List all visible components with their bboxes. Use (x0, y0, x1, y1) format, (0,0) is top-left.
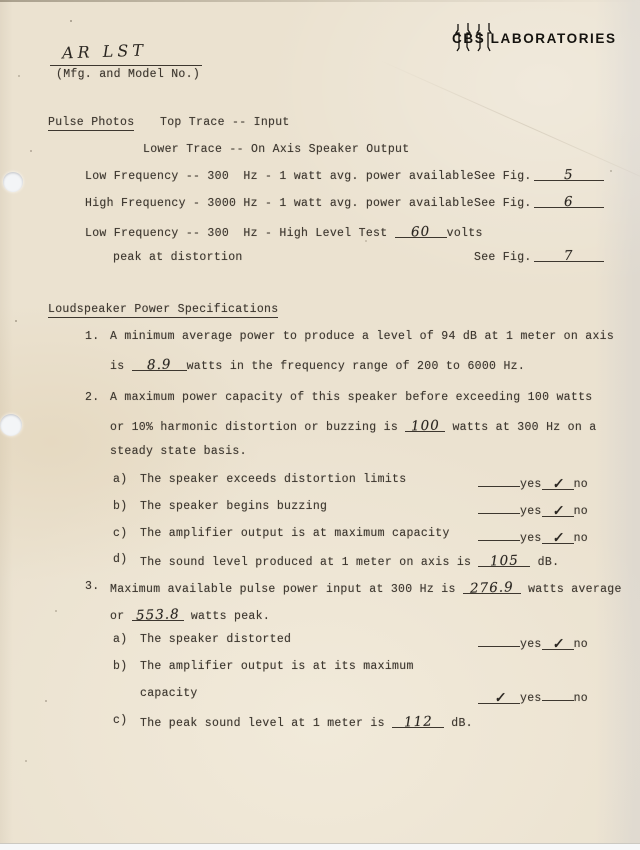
max-watts-field: 100 (405, 418, 445, 432)
checkmark: ✓ (552, 636, 564, 652)
item3c-pre: The peak sound level at 1 meter is (140, 717, 385, 730)
peak-spl-value: 112 (403, 714, 432, 731)
item2a-label: a) (113, 473, 127, 486)
max-watts-value: 100 (411, 418, 440, 435)
yes-label: yes (520, 692, 542, 705)
no-blank: ✓ (542, 476, 574, 490)
no-label: no (574, 532, 588, 545)
yes-blank (478, 633, 520, 647)
see-fig-label: See Fig. (474, 197, 532, 210)
peak-watts-field: 553.8 (132, 607, 184, 621)
item2-line2: or 10% harmonic distortion or buzzing is… (110, 418, 596, 434)
item3-line2: or 553.8 watts peak. (110, 607, 270, 623)
item2-line3: steady state basis. (110, 445, 247, 458)
volts-value: 60 (411, 224, 431, 241)
item2b-yesno: yes✓no (478, 500, 588, 518)
see-fig-label: See Fig. (474, 170, 532, 183)
yes-label: yes (520, 505, 542, 518)
item3-post: watts average (528, 583, 622, 596)
fig-number-field: 5 (534, 167, 604, 181)
model-number-handwritten: AR LST (62, 41, 148, 63)
model-underline (50, 65, 202, 66)
low-freq-line: Low Frequency -- 300 Hz - 1 watt avg. po… (85, 170, 474, 183)
hole-punch (0, 414, 22, 436)
fig-number-field: 6 (534, 194, 604, 208)
min-watts-value: 8.9 (147, 357, 172, 374)
item3-pre: Maximum available pulse power input at 3… (110, 583, 456, 596)
cbs-laboratories-logo: CBS LABORATORIES (452, 30, 617, 48)
item3-number: 3. (85, 580, 99, 593)
no-label: no (574, 692, 588, 705)
item3b-text-line1: The amplifier output is at its maximum (140, 660, 414, 673)
no-label: no (574, 638, 588, 651)
no-blank: ✓ (542, 503, 574, 517)
item2-pre: or 10% harmonic distortion or buzzing is (110, 421, 398, 434)
no-blank: ✓ (542, 530, 574, 544)
checkmark: ✓ (493, 690, 505, 706)
item3-line1: Maximum available pulse power input at 3… (110, 580, 622, 596)
yes-blank (478, 500, 520, 514)
item3b-yesno: ✓yesno (478, 687, 588, 705)
volts-field: 60 (395, 224, 447, 238)
yes-blank (478, 473, 520, 487)
item3c-post: dB. (451, 717, 473, 730)
yes-blank: ✓ (478, 690, 520, 704)
high-level-test-line: Low Frequency -- 300 Hz - High Level Tes… (85, 224, 483, 240)
item2b-label: b) (113, 500, 127, 513)
checkmark: ✓ (552, 530, 564, 546)
item2d-pre: The sound level produced at 1 meter on a… (140, 556, 471, 569)
item2b-text: The speaker begins buzzing (140, 500, 327, 513)
yes-blank (478, 527, 520, 541)
item2-line1: A maximum power capacity of this speaker… (110, 391, 592, 404)
peak-spl-field: 112 (392, 714, 444, 728)
item3a-yesno: yes✓no (478, 633, 588, 651)
no-blank (542, 687, 574, 701)
item2-post: watts at 300 Hz on a (452, 421, 596, 434)
item3-line2-pre: or (110, 610, 124, 623)
no-label: no (574, 505, 588, 518)
item3c-line: The peak sound level at 1 meter is 112 d… (140, 714, 473, 730)
top-trace-line: Top Trace -- Input (160, 116, 290, 129)
yes-label: yes (520, 638, 542, 651)
min-watts-field: 8.9 (132, 357, 187, 371)
spl-value: 105 (490, 553, 519, 570)
pulse-photos-heading: Pulse Photos (48, 116, 134, 131)
item1-line1: A minimum average power to produce a lev… (110, 330, 614, 343)
avg-watts-field: 276.9 (463, 580, 521, 594)
see-fig-label: See Fig. (474, 251, 532, 264)
hole-punch (3, 172, 23, 192)
yes-label: yes (520, 532, 542, 545)
lower-trace-line: Lower Trace -- On Axis Speaker Output (143, 143, 409, 156)
item2d-line: The sound level produced at 1 meter on a… (140, 553, 559, 569)
high-freq-line: High Frequency - 3000 Hz - 1 watt avg. p… (85, 197, 474, 210)
item2a-text: The speaker exceeds distortion limits (140, 473, 406, 486)
item2c-label: c) (113, 527, 127, 540)
fig-number-field: 7 (534, 248, 604, 262)
checkmark: ✓ (552, 503, 564, 519)
item1-post: watts in the frequency range of 200 to 6… (187, 360, 525, 373)
item3b-label: b) (113, 660, 127, 673)
peak-at-distortion-line: peak at distortion (113, 251, 243, 264)
no-blank: ✓ (542, 636, 574, 650)
item3c-label: c) (113, 714, 127, 727)
item1-line2: is 8.9watts in the frequency range of 20… (110, 357, 525, 373)
waveform-icon (453, 23, 499, 52)
yes-label: yes (520, 478, 542, 491)
item3a-label: a) (113, 633, 127, 646)
avg-watts-value: 276.9 (470, 579, 514, 597)
checkmark: ✓ (552, 476, 564, 492)
item2-number: 2. (85, 391, 99, 404)
item2d-post: dB. (538, 556, 560, 569)
volts-label: volts (447, 227, 483, 240)
peak-watts-value: 553.8 (136, 606, 180, 624)
paper-specks (70, 20, 72, 22)
fig-number-value: 5 (564, 167, 574, 183)
high-level-pre: Low Frequency -- 300 Hz - High Level Tes… (85, 227, 387, 240)
item3b-text-line2: capacity (140, 687, 198, 700)
item3a-text: The speaker distorted (140, 633, 291, 646)
item1-pre: is (110, 360, 124, 373)
specs-heading: Loudspeaker Power Specifications (48, 303, 278, 318)
fig-number-value: 7 (564, 248, 574, 264)
item2c-text: The amplifier output is at maximum capac… (140, 527, 450, 540)
spl-field: 105 (478, 553, 530, 567)
model-caption: (Mfg. and Model No.) (56, 68, 200, 81)
scanned-document-page: CBS LABORATORIES AR LST (Mfg. and Model … (0, 0, 640, 850)
item3-line2-post: watts peak. (191, 610, 270, 623)
no-label: no (574, 478, 588, 491)
item2a-yesno: yes✓no (478, 473, 588, 491)
item2c-yesno: yes✓no (478, 527, 588, 545)
item2d-label: d) (113, 553, 127, 566)
item1-number: 1. (85, 330, 99, 343)
fig-number-value: 6 (564, 194, 574, 210)
